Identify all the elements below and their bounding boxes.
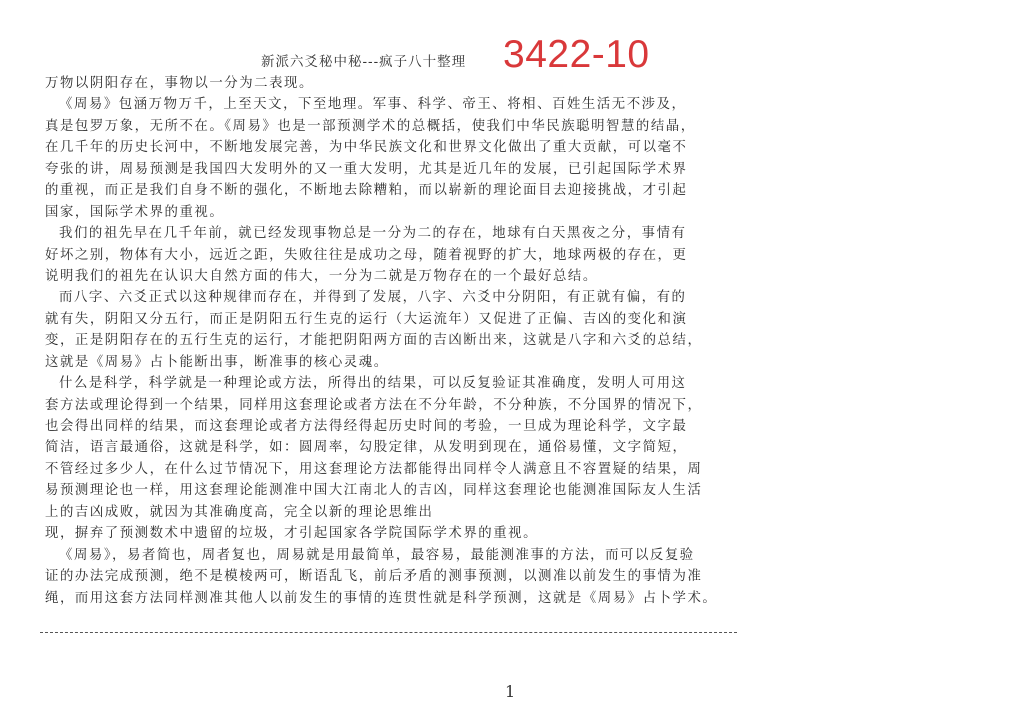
text-line: 这就是《周易》占卜能断出事，断准事的核心灵魂。 <box>45 352 725 373</box>
text-line: 易预测理论也一样，用这套理论能测准中国大江南北人的吉凶，同样这套理论也能测准国际… <box>45 480 725 501</box>
text-line: 简洁，语言最通俗，这就是科学，如：圆周率，勾股定律，从发明到现在，通俗易懂，文字… <box>45 437 725 458</box>
text-line: 说明我们的祖先在认识大自然方面的伟大，一分为二就是万物存在的一个最好总结。 <box>45 266 725 287</box>
text-line: 不管经过多少人，在什么过节情况下，用这套理论方法都能得出同样令人满意且不容置疑的… <box>45 459 725 480</box>
text-line: 绳，而用这套方法同样测准其他人以前发生的事情的连贯性就是科学预测，这就是《周易》… <box>45 588 725 609</box>
text-line: 我们的祖先早在几千年前，就已经发现事物总是一分为二的存在，地球有白天黑夜之分，事… <box>45 223 725 244</box>
text-line: 变，正是阴阳存在的五行生克的运行，才能把阴阳两方面的吉凶断出来，这就是八字和六爻… <box>45 330 725 351</box>
text-line: 的重视，而正是我们自身不断的强化，不断地去除糟粕，而以崭新的理论面目去迎接挑战，… <box>45 180 725 201</box>
text-line: 在几千年的历史长河中，不断地发展完善，为中华民族文化和世界文化做出了重大贡献，可… <box>45 137 725 158</box>
text-line: 上的吉凶成败，就因为其准确度高，完全以新的理论思维出 <box>45 502 725 523</box>
page-number: 1 <box>505 682 515 701</box>
text-line: 就有失，阴阳又分五行，而正是阴阳五行生克的运行（大运流年）又促进了正偏、吉凶的变… <box>45 309 725 330</box>
text-line: 现，摒弃了预测数术中遗留的垃圾，才引起国家各学院国际学术界的重视。 <box>45 523 725 544</box>
text-line: 夸张的讲，周易预测是我国四大发明外的又一重大发明，尤其是近几年的发展，已引起国际… <box>45 159 725 180</box>
dashed-divider <box>40 632 737 633</box>
text-line: 《周易》包涵万物万千，上至天文，下至地理。军事、科学、帝王、将相、百姓生活无不涉… <box>45 94 725 115</box>
document-body: 万物以阴阳存在，事物以一分为二表现。 《周易》包涵万物万千，上至天文，下至地理。… <box>45 73 725 609</box>
text-line: 而八字、六爻正式以这种规律而存在，并得到了发展，八字、六爻中分阴阳，有正就有偏，… <box>45 287 725 308</box>
text-line: 好坏之别，物体有大小，远近之距，失败往往是成功之母，随着视野的扩大，地球两极的存… <box>45 245 725 266</box>
text-line: 万物以阴阳存在，事物以一分为二表现。 <box>45 73 725 94</box>
text-line: 也会得出同样的结果，而这套理论或者方法得经得起历史时间的考验，一旦成为理论科学，… <box>45 416 725 437</box>
document-title: 新派六爻秘中秘---疯子八十整理 <box>261 50 466 70</box>
text-line: 什么是科学，科学就是一种理论或方法，所得出的结果，可以反复验证其准确度，发明人可… <box>45 373 725 394</box>
text-line: 《周易》，易者简也，周者复也，周易就是用最简单，最容易，最能测准事的方法，而可以… <box>45 545 725 566</box>
text-line: 真是包罗万象，无所不在。《周易》也是一部预测学术的总概括，使我们中华民族聪明智慧… <box>45 116 725 137</box>
text-line: 国家，国际学术界的重视。 <box>45 202 725 223</box>
text-line: 套方法或理论得到一个结果，同样用这套理论或者方法在不分年龄，不分种族，不分国界的… <box>45 395 725 416</box>
text-line: 证的办法完成预测，绝不是模棱两可，断语乱飞，前后矛盾的测事预测，以测准以前发生的… <box>45 566 725 587</box>
